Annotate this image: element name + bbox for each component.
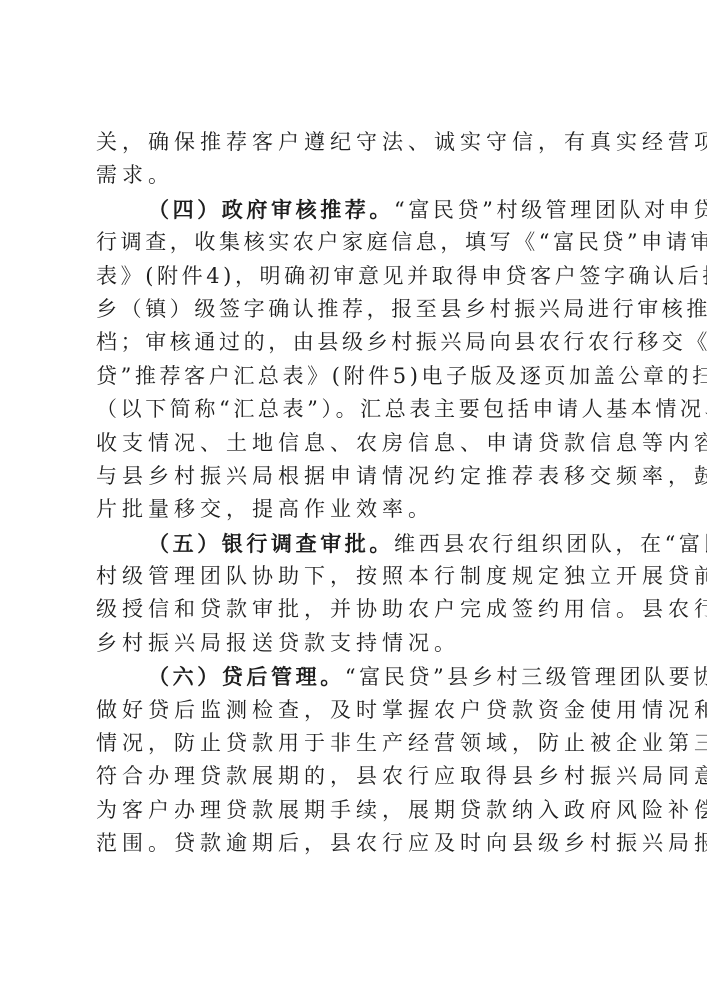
- section-heading: （四）政府审核推荐。: [148, 197, 394, 222]
- text-line: （四）政府审核推荐。“富民贷”村级管理团队对申贷农户进: [96, 193, 624, 226]
- text-line: 乡村振兴局报送贷款支持情况。: [96, 627, 624, 660]
- text-line: 片批量移交，提高作业效率。: [96, 493, 624, 526]
- text-line: 级授信和贷款审批，并协助农户完成签约用信。县农行按月向县: [96, 593, 624, 626]
- text-line: 符合办理贷款展期的，县农行应取得县乡村振兴局同意后，方可: [96, 760, 624, 793]
- document-page: 关，确保推荐客户遵纪守法、诚实守信，有真实经营项目和资金 需求。 （四）政府审核…: [96, 126, 624, 861]
- text-line: （以下简称“汇总表”）。汇总表主要包括申请人基本情况、家庭: [96, 393, 624, 426]
- text-line: 与县乡村振兴局根据申请情况约定推荐表移交频率，鼓励分区分: [96, 460, 624, 493]
- text-line: 关，确保推荐客户遵纪守法、诚实守信，有真实经营项目和资金: [96, 126, 624, 159]
- paragraph-section-6: （六）贷后管理。“富民贷”县乡村三级管理团队要协助农行 做好贷后监测检查，及时掌…: [96, 660, 624, 860]
- text-line: 贷”推荐客户汇总表》(附件5)电子版及逐页加盖公章的扫描件: [96, 360, 624, 393]
- text-line: 需求。: [96, 159, 624, 192]
- paragraph-section-4: （四）政府审核推荐。“富民贷”村级管理团队对申贷农户进 行调查，收集核实农户家庭…: [96, 193, 624, 527]
- text-line: 行调查，收集核实农户家庭信息，填写《“富民贷”申请审核推荐: [96, 226, 624, 259]
- text-line: 范围。贷款逾期后，县农行应及时向县级乡村振兴局报送逾期名: [96, 827, 624, 860]
- paragraph-section-5: （五）银行调查审批。维西县农行组织团队，在“富民贷” 村级管理团队协助下，按照本…: [96, 527, 624, 661]
- text-line: 村级管理团队协助下，按照本行制度规定独立开展贷前调查、评: [96, 560, 624, 593]
- text-line: 为客户办理贷款展期手续，展期贷款纳入政府风险补偿基金支持: [96, 794, 624, 827]
- section-text: “富民贷”村级管理团队对申贷农户进: [394, 198, 707, 222]
- text-line: 档；审核通过的，由县级乡村振兴局向县农行农行移交《“富民: [96, 326, 624, 359]
- section-heading: （五）银行调查审批。: [148, 531, 394, 556]
- text-line: （六）贷后管理。“富民贷”县乡村三级管理团队要协助农行: [96, 660, 624, 693]
- section-text: “富民贷”县乡村三级管理团队要协助农行: [345, 665, 707, 689]
- text-line: 表》(附件4)，明确初审意见并取得申贷客户签字确认后提交至: [96, 260, 624, 293]
- text-line: 乡（镇）级签字确认推荐，报至县乡村振兴局进行审核推荐并留: [96, 293, 624, 326]
- text-line: 收支情况、土地信息、农房信息、申请贷款信息等内容。县农行: [96, 427, 624, 460]
- paragraph-continuation: 关，确保推荐客户遵纪守法、诚实守信，有真实经营项目和资金 需求。: [96, 126, 624, 193]
- text-line: 情况，防止贷款用于非生产经营领域，防止被企业第三方挪用。: [96, 727, 624, 760]
- section-heading: （六）贷后管理。: [148, 664, 345, 689]
- section-text: 维西县农行组织团队，在“富民贷”: [394, 532, 707, 556]
- text-line: （五）银行调查审批。维西县农行组织团队，在“富民贷”: [96, 527, 624, 560]
- text-line: 做好贷后监测检查，及时掌握农户贷款资金使用情况和生产经营: [96, 694, 624, 727]
